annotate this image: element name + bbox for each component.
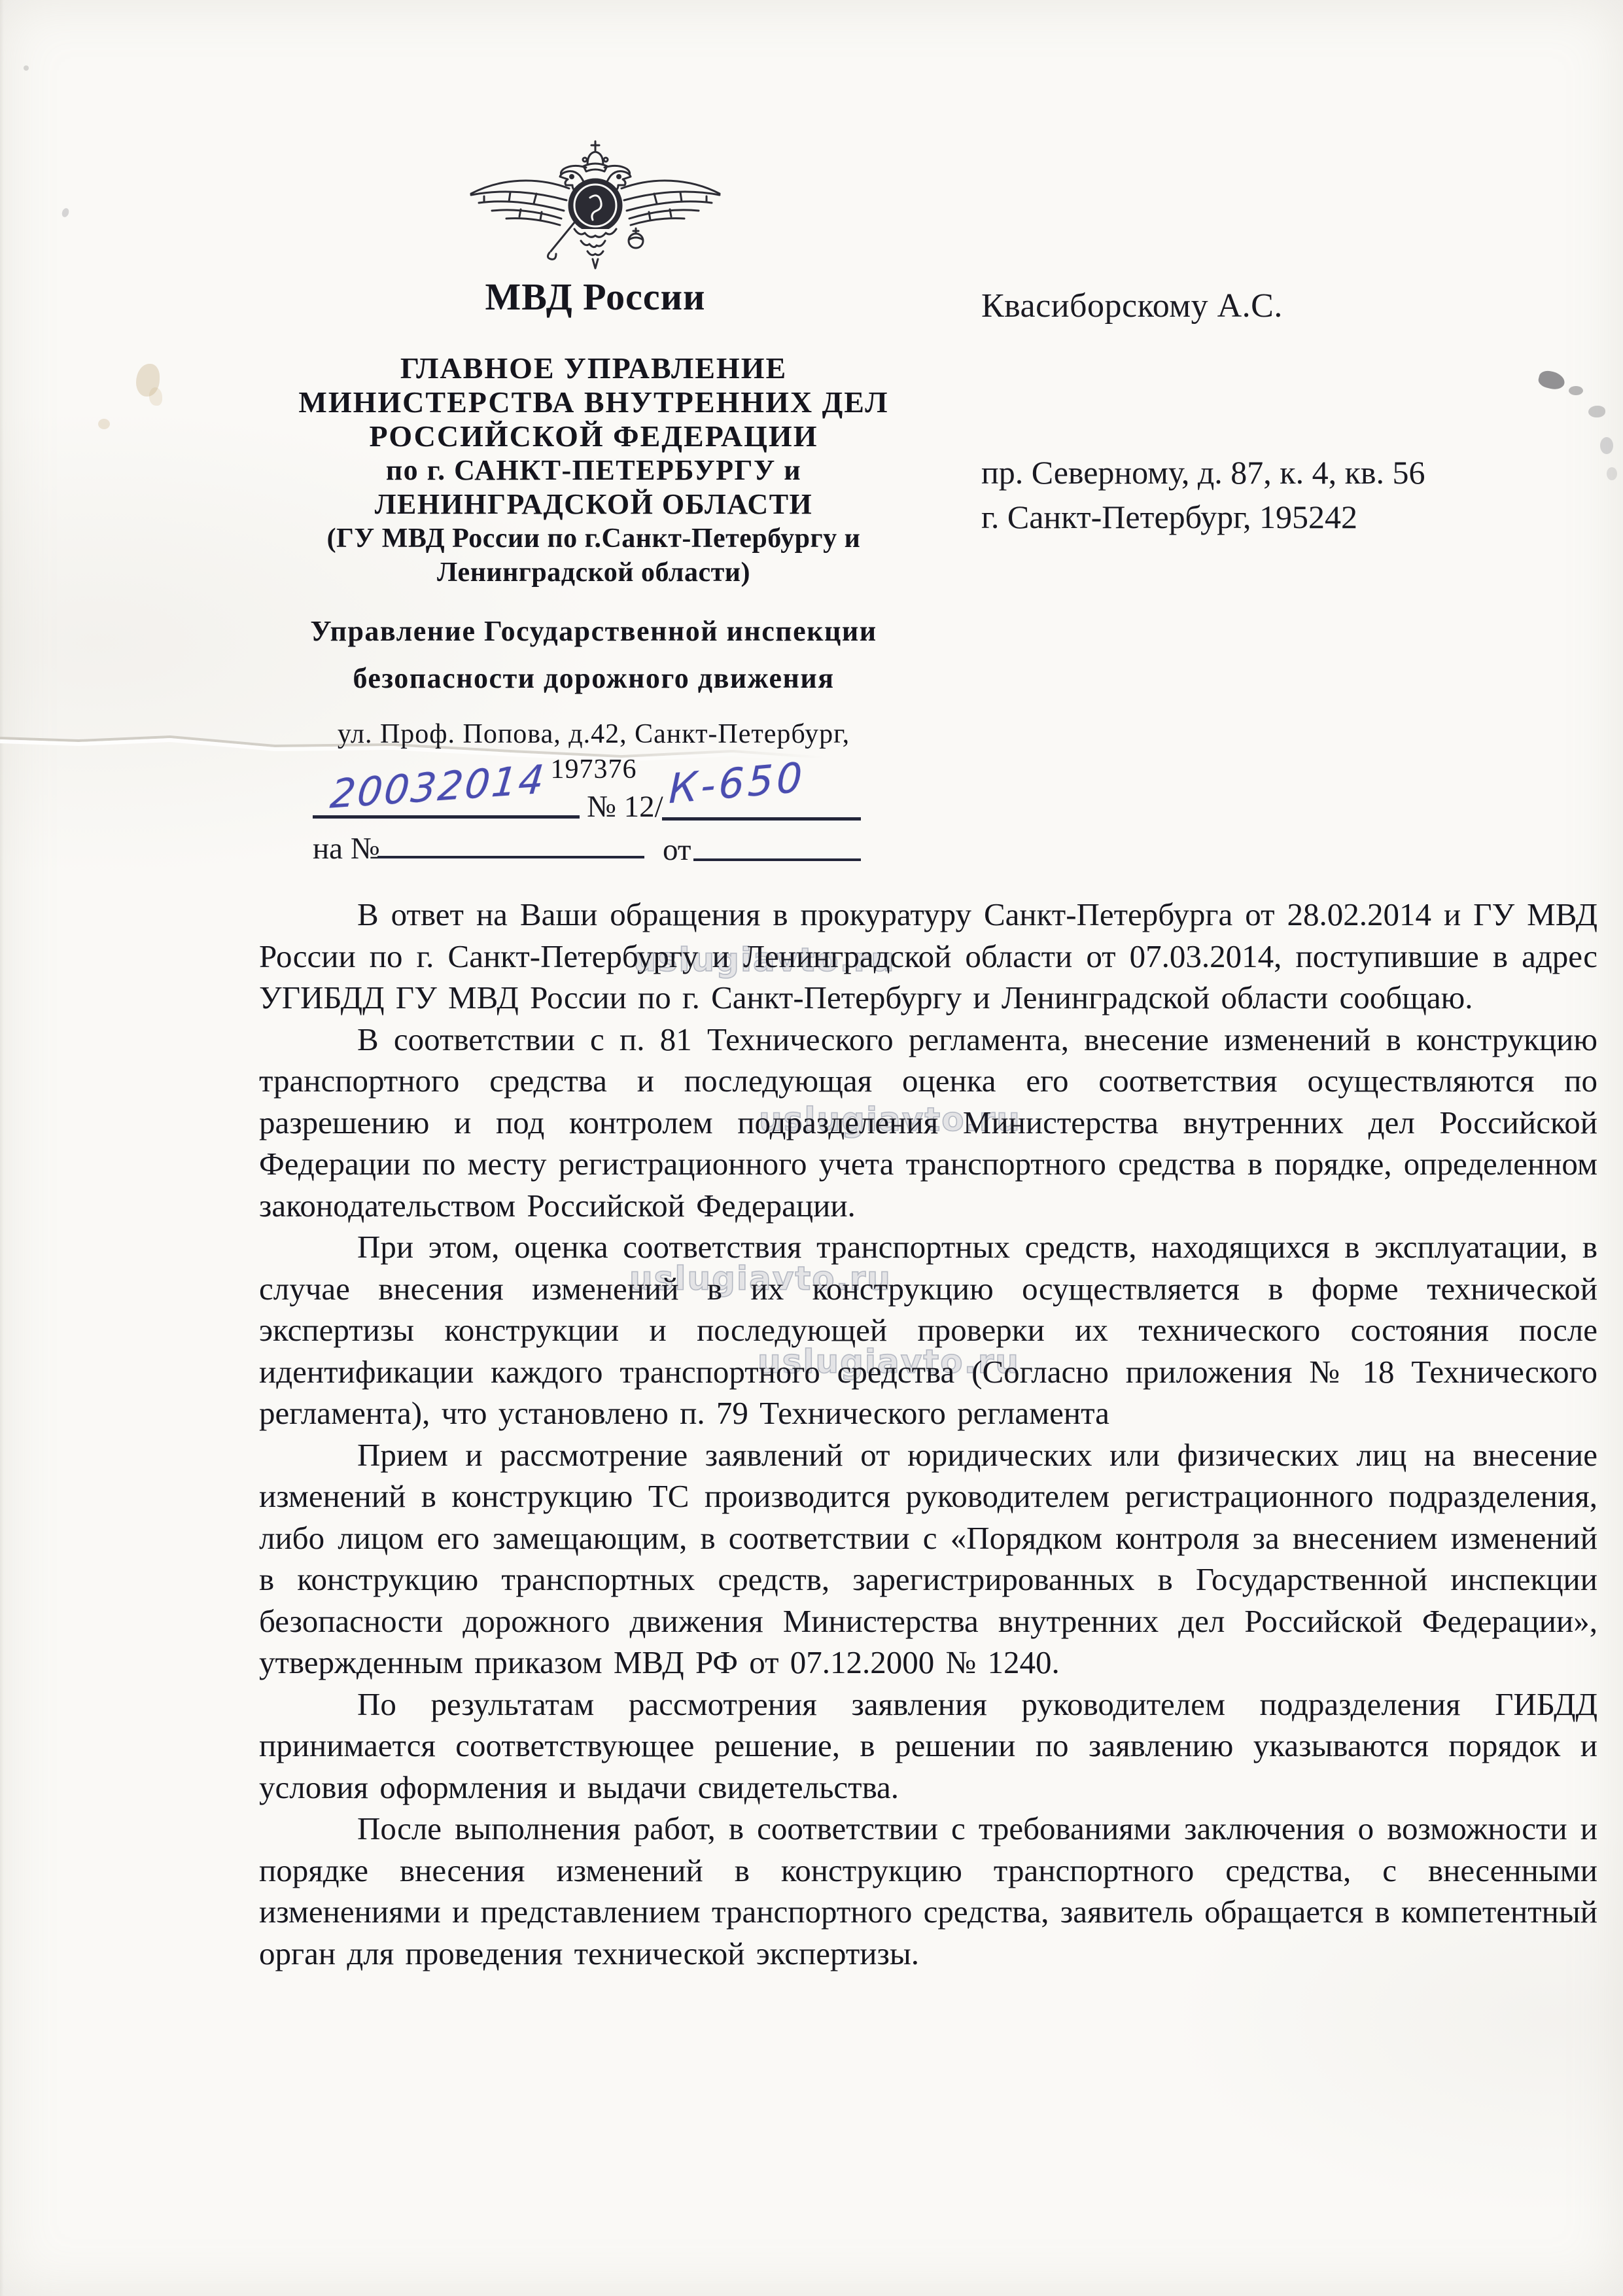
body-paragraph: После выполнения работ, в соответствии с… bbox=[259, 1808, 1597, 1974]
ink-smudge bbox=[1600, 437, 1613, 454]
paper-stain bbox=[61, 207, 70, 219]
body-paragraph: По результатам рассмотрения заявления ру… bbox=[259, 1684, 1597, 1809]
org-name-line: Ленинградской области) bbox=[219, 556, 968, 590]
reply-to-number-label: на № bbox=[313, 831, 380, 866]
division-name-line: безопасности дорожного движения bbox=[219, 655, 968, 702]
ink-smudge bbox=[1607, 467, 1617, 480]
ink-smudge bbox=[1537, 369, 1566, 392]
org-name-line: ГЛАВНОЕ УПРАВЛЕНИЕ bbox=[219, 351, 968, 385]
letter-body: В ответ на Ваши обращения в прокуратуру … bbox=[259, 894, 1597, 1974]
ink-smudge bbox=[1569, 386, 1583, 395]
body-paragraph: Прием и рассмотрение заявлений от юридич… bbox=[259, 1434, 1597, 1684]
paper-stain bbox=[98, 419, 110, 429]
ink-smudge bbox=[1588, 406, 1605, 417]
outgoing-number-prefix: № 12/ bbox=[587, 789, 663, 824]
addressee-address-block: пр. Северному, д. 87, к. 4, кв. 56 г. Са… bbox=[981, 450, 1425, 539]
number-underline bbox=[662, 817, 861, 821]
letterhead-address-block: ул. Проф. Попова, д.42, Санкт-Петербург,… bbox=[219, 716, 968, 787]
division-name-line: Управление Государственной инспекции bbox=[219, 608, 968, 655]
org-name-line: ЛЕНИНГРАДСКОЙ ОБЛАСТИ bbox=[219, 487, 968, 521]
reply-date-label: от bbox=[663, 832, 691, 868]
mvd-eagle-emblem-icon bbox=[464, 139, 726, 270]
letterhead-address-line: ул. Проф. Попова, д.42, Санкт-Петербург, bbox=[219, 716, 968, 752]
body-paragraph: В ответ на Ваши обращения в прокуратуру … bbox=[259, 894, 1597, 1019]
body-paragraph: При этом, оценка соответствия транспортн… bbox=[259, 1226, 1597, 1434]
org-name-line: РОССИЙСКОЙ ФЕДЕРАЦИИ bbox=[219, 419, 968, 453]
addressee-address-line: г. Санкт-Петербург, 195242 bbox=[981, 495, 1425, 539]
paper-stain bbox=[24, 65, 29, 71]
org-name-line: МИНИСТЕРСТВА ВНУТРЕННИХ ДЕЛ bbox=[219, 385, 968, 419]
paper-stain bbox=[136, 364, 160, 397]
scanned-letter-page: МВД России ГЛАВНОЕ УПРАВЛЕНИЕ МИНИСТЕРСТ… bbox=[0, 0, 1623, 2296]
addressee-address-line: пр. Северному, д. 87, к. 4, кв. 56 bbox=[981, 450, 1425, 495]
date-underline bbox=[313, 815, 580, 819]
reply-number-underline bbox=[377, 856, 644, 858]
org-name-line: (ГУ МВД России по г.Санкт-Петербургу и bbox=[219, 521, 968, 556]
emblem-caption: МВД России bbox=[399, 275, 792, 319]
addressee-name: Квасиборскому А.С. bbox=[981, 287, 1283, 325]
reply-date-underline bbox=[693, 858, 861, 861]
paper-stain bbox=[149, 387, 162, 406]
org-name-line: по г. САНКТ-ПЕТЕРБУРГУ и bbox=[219, 453, 968, 487]
body-paragraph: В соответствии с п. 81 Технического регл… bbox=[259, 1019, 1597, 1227]
division-name-block: Управление Государственной инспекции без… bbox=[219, 608, 968, 702]
org-name-block: ГЛАВНОЕ УПРАВЛЕНИЕ МИНИСТЕРСТВА ВНУТРЕНН… bbox=[219, 351, 968, 787]
